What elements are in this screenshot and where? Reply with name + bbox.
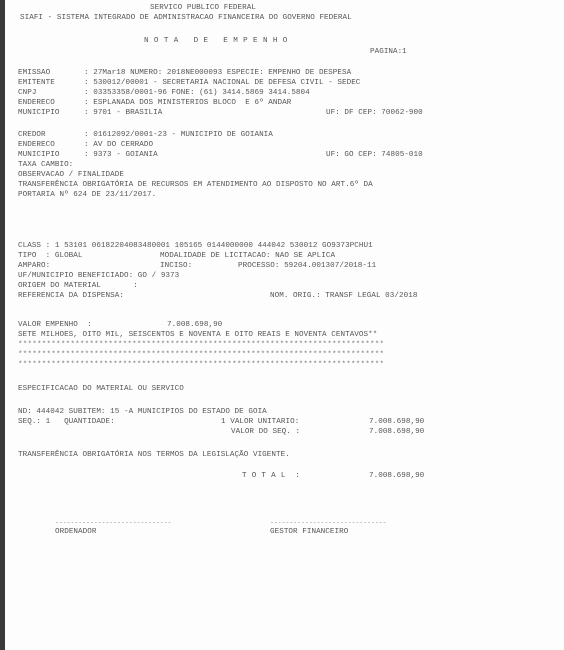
valor-empenho-label: VALOR EMPENHO : <box>18 321 92 330</box>
cnpj-label: CNPJ <box>18 89 36 98</box>
nd-line: ND: 444042 SUBITEM: 15 -A MUNICIPIOS DO … <box>18 408 267 417</box>
credor-endereco-label: ENDERECO <box>18 141 55 150</box>
observacao-label: OBSERVACAO / FINALIDADE <box>18 171 124 180</box>
uf-municipio-beneficiado: UF/MUNICIPIO BENEFICIADO: GO / 9373 <box>18 272 179 281</box>
credor-value: : 01612092/0001-23 - MUNICIPIO DE GOIANI… <box>84 131 273 140</box>
municipio-label: MUNICIPIO <box>18 109 59 118</box>
header-service: SERVICO PUBLICO FEDERAL <box>150 4 256 13</box>
emissao-value: : 27Mar18 NUMERO: 2018NE000093 ESPECIE: … <box>84 69 351 78</box>
observacao-line-1: TRANSFERÊNCIA OBRIGATÓRIA DE RECURSOS EM… <box>18 181 373 190</box>
credor-endereco-value: : AV DO CERRADO <box>84 141 153 150</box>
credor-municipio-value: : 9373 - GOIANIA <box>84 151 158 160</box>
emitente-label: EMITENTE <box>18 79 55 88</box>
total-label: T O T A L : <box>242 472 300 481</box>
signature-line-ordenador: ------------------------------ <box>55 518 172 527</box>
taxa-cambio: TAXA CAMBIO: <box>18 161 73 170</box>
signature-gestor: GESTOR FINANCEIRO <box>270 528 348 537</box>
observacao-line-2: PORTARIA Nº 624 DE 23/11/2017. <box>18 191 156 200</box>
emitente-value: : 530012/00001 - SECRETARIA NACIONAL DE … <box>84 79 360 88</box>
valor-empenho-value: 7.008.698,90 <box>167 321 222 330</box>
page-label: PAGINA: <box>370 48 402 57</box>
document-page: SERVICO PUBLICO FEDERAL SIAFI - SISTEMA … <box>5 0 564 650</box>
seq-line: SEQ.: 1 QUANTIDADE: <box>18 418 115 427</box>
origem-material: ORIGEM DO MATERIAL : <box>18 282 138 291</box>
amparo: AMPARO: <box>18 262 50 271</box>
stars-line-1: ****************************************… <box>18 341 384 350</box>
municipio-value: : 9701 - BRASILIA <box>84 109 162 118</box>
class-line: CLASS : 1 53101 06182204083480001 105165… <box>18 242 373 251</box>
modalidade-licitacao: MODALIDADE DE LICITACAO: NAO SE APLICA <box>160 252 335 261</box>
signature-ordenador: ORDENADOR <box>55 528 96 537</box>
document-title: N O T A D E E M P E N H O <box>144 37 288 46</box>
page-number: 1 <box>402 48 407 57</box>
valor-seq: 7.008.698,90 <box>369 428 424 437</box>
cnpj-value: : 03353358/0001-96 FONE: (61) 3414.5869 … <box>84 89 310 98</box>
emissao-label: EMISSAO <box>18 69 50 78</box>
nota-legislacao: TRANSFERÊNCIA OBRIGATÓRIA NOS TERMOS DA … <box>18 451 290 460</box>
nom-orig: NOM. ORIG.: TRANSF LEGAL 03/2018 <box>270 292 417 301</box>
total-value: 7.008.698,90 <box>369 472 424 481</box>
stars-line-2: ****************************************… <box>18 351 384 360</box>
signature-line-gestor: ------------------------------ <box>270 518 387 527</box>
tipo: TIPO : GLOBAL <box>18 252 83 261</box>
header-siafi: SIAFI - SISTEMA INTEGRADO DE ADMINISTRAC… <box>20 14 352 23</box>
processo: PROCESSO: 59204.001307/2018-11 <box>238 262 376 271</box>
valor-seq-label: VALOR DO SEQ. : <box>231 428 300 437</box>
referencia-dispensa: REFERENCIA DA DISPENSA: <box>18 292 124 301</box>
inciso: INCISO: <box>160 262 192 271</box>
endereco-value: : ESPLANADA DOS MINISTERIOS BLOCO E 6º A… <box>84 99 291 108</box>
especificacao-title: ESPECIFICACAO DO MATERIAL OU SERVICO <box>18 385 184 394</box>
credor-label: CREDOR <box>18 131 46 140</box>
emitente-uf-cep: UF: DF CEP: 70062-900 <box>326 109 423 118</box>
valor-unitario: 7.008.698,90 <box>369 418 424 427</box>
endereco-label: ENDERECO <box>18 99 55 108</box>
credor-municipio-label: MUNICIPIO <box>18 151 59 160</box>
valor-extenso: SETE MILHOES, OITO MIL, SEISCENTOS E NOV… <box>18 331 377 340</box>
quantidade-valor-unitario-label: 1 VALOR UNITARIO: <box>221 418 299 427</box>
credor-uf-cep: UF: GO CEP: 74805-010 <box>326 151 423 160</box>
stars-line-3: ****************************************… <box>18 361 384 370</box>
